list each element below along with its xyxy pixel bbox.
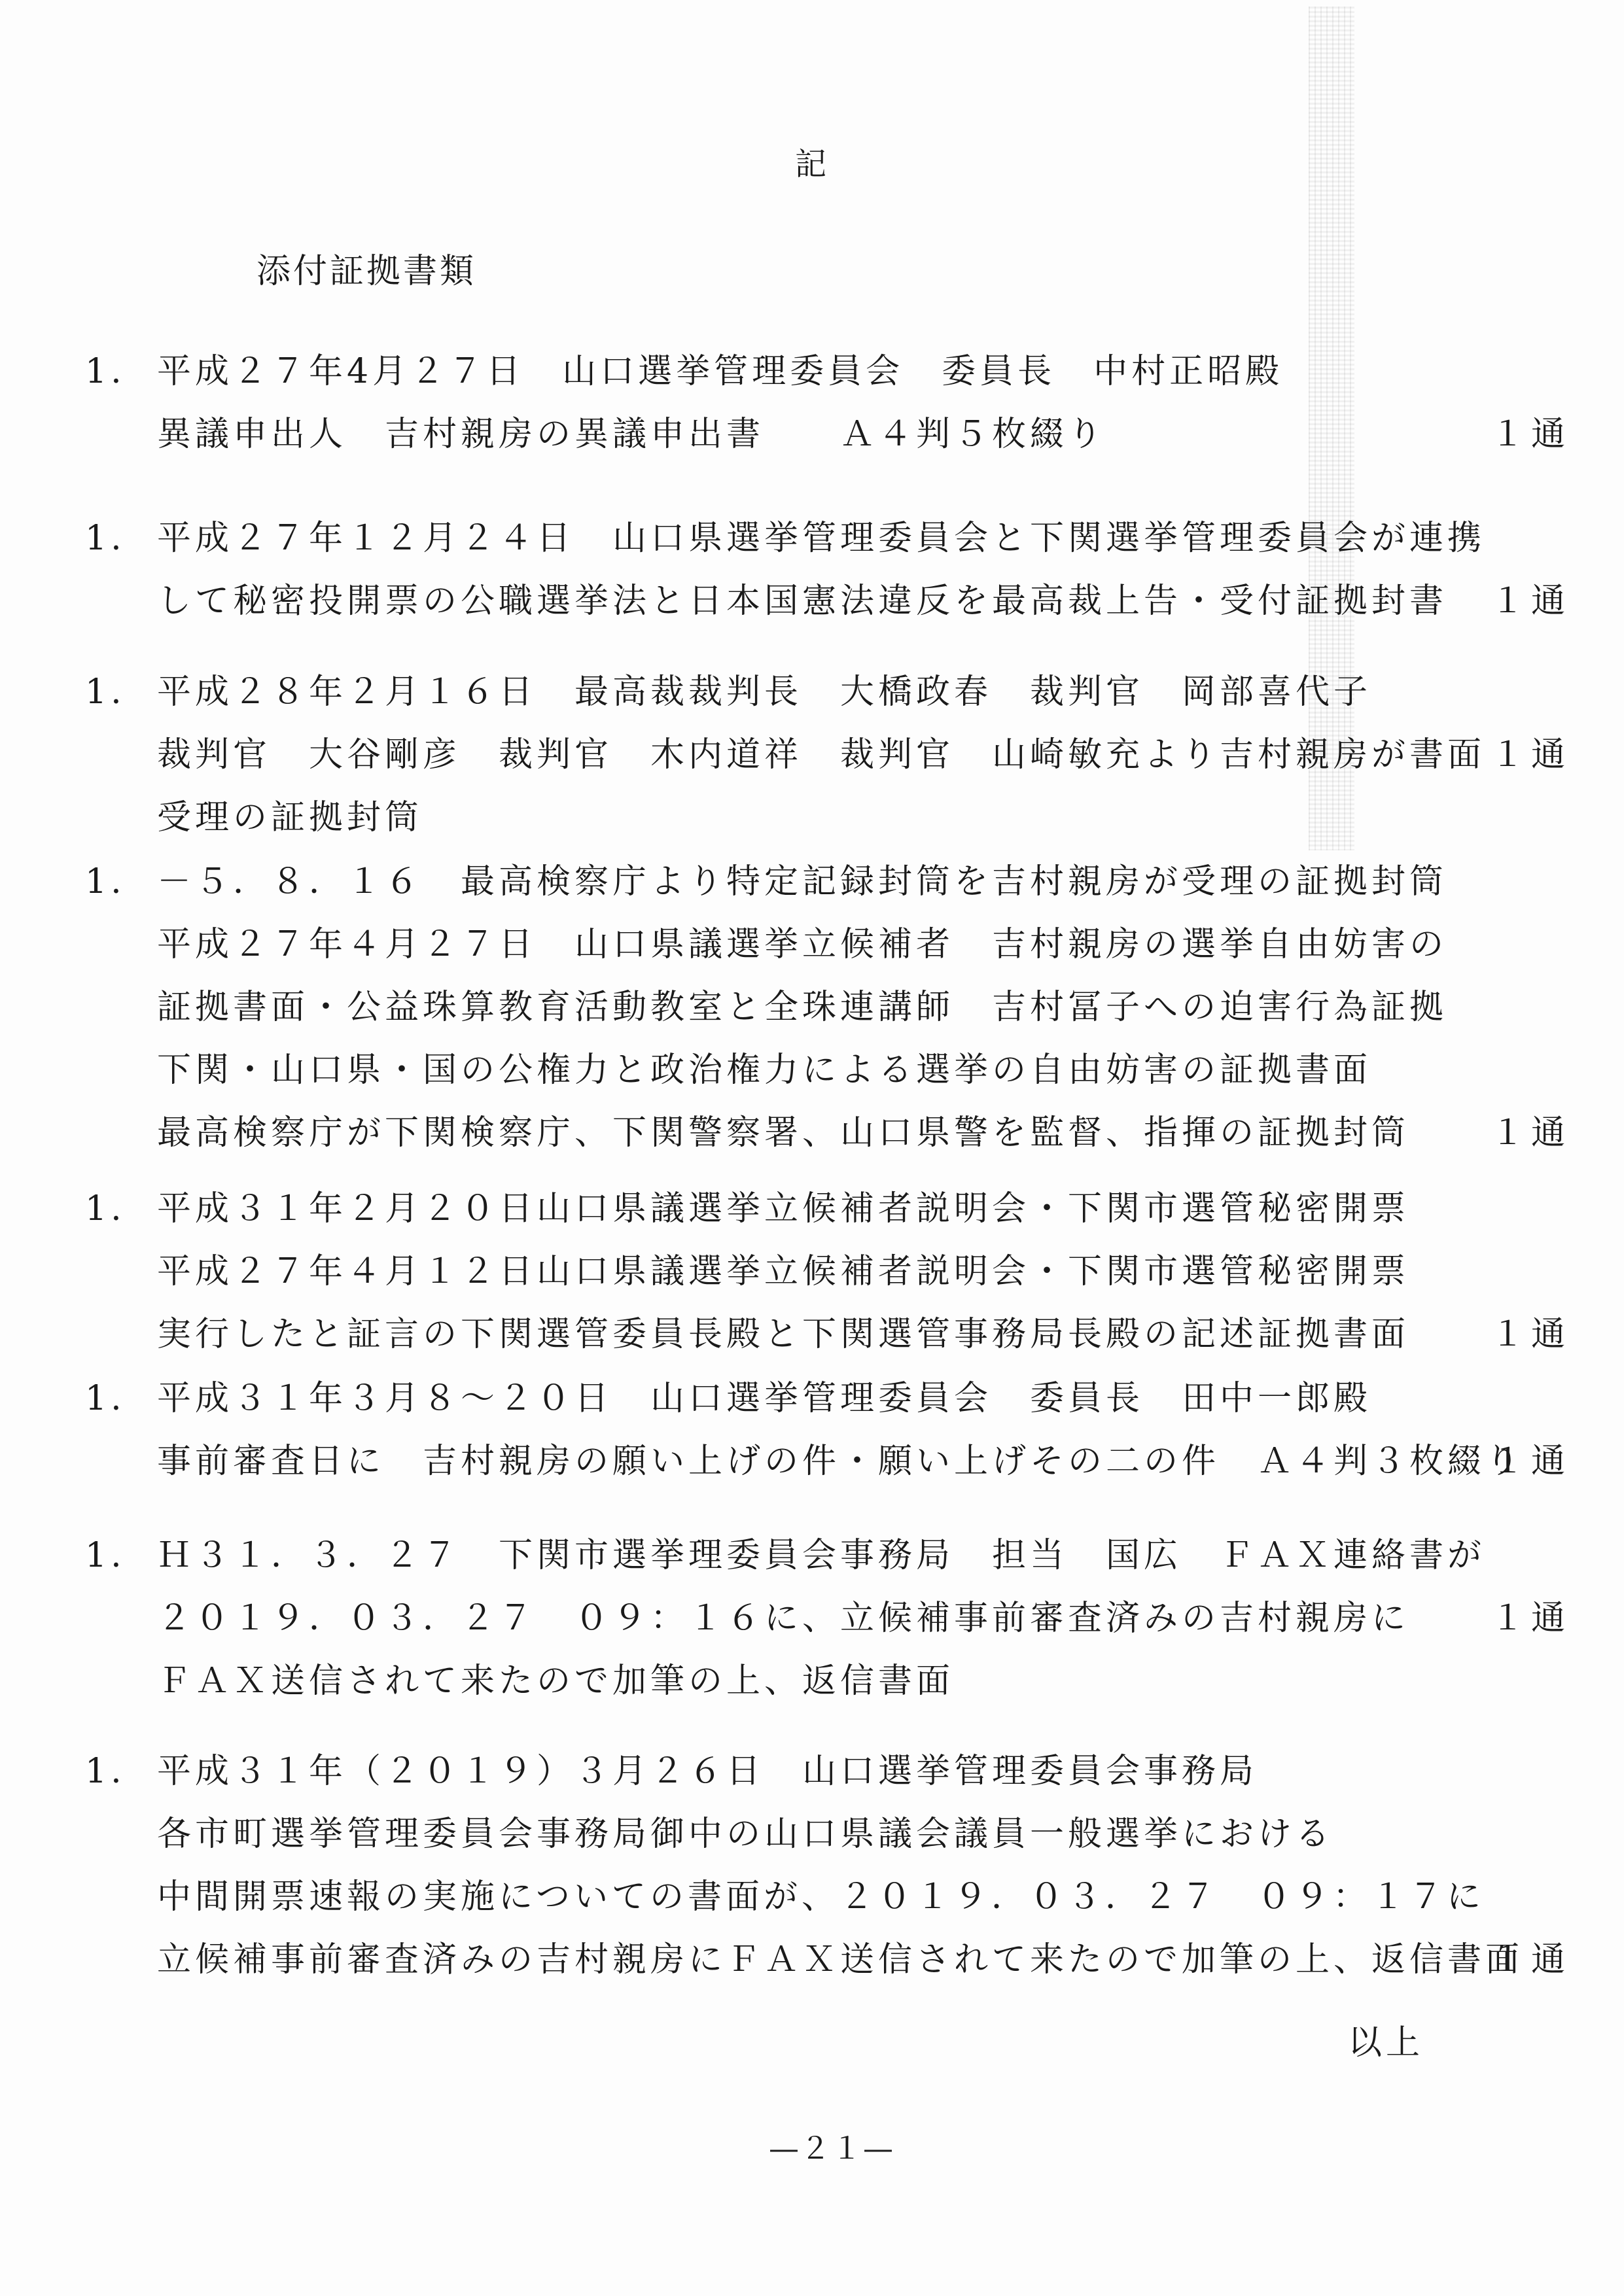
item-line: 裁判官 大谷剛彦 裁判官 木内道祥 裁判官 山崎敏充より吉村親房が書面１通 <box>85 723 1557 786</box>
attachment-item: 1.Ｈ３１．３．２７ 下関市選挙理委員会事務局 担当 国広 ＦＡＸ連絡書が２０１… <box>85 1524 1557 1713</box>
item-text: 平成２７年4月２７日 山口選挙管理委員会 委員長 中村正昭殿 <box>157 340 1283 403</box>
page-number: —２１— <box>769 2125 894 2168</box>
copy-count: １通 <box>1491 403 1572 466</box>
item-marker: 1. <box>85 1524 126 1587</box>
item-text: 平成３１年３月８～２０日 山口選挙管理委員会 委員長 田中一郎殿 <box>157 1367 1371 1430</box>
item-line: 1.平成３１年３月８～２０日 山口選挙管理委員会 委員長 田中一郎殿 <box>85 1367 1557 1430</box>
item-text: して秘密投開票の公職選挙法と日本国憲法違反を最高裁上告・受付証拠封書 <box>157 570 1447 633</box>
attachment-item: 1.平成３１年３月８～２０日 山口選挙管理委員会 委員長 田中一郎殿事前審査日に… <box>85 1367 1557 1493</box>
closing-mark: 以上 <box>1348 2015 1424 2064</box>
item-marker: 1. <box>85 340 126 403</box>
attachment-item: 1.平成２７年4月２７日 山口選挙管理委員会 委員長 中村正昭殿異議申出人 吉村… <box>85 340 1557 466</box>
item-line: 最高検察庁が下関検察庁、下関警察署、山口県警を監督、指揮の証拠封筒１通 <box>85 1102 1557 1164</box>
item-text: ２０１９．０３．２７ ０９：１６に、立候補事前審査済みの吉村親房に <box>157 1587 1409 1650</box>
item-line: 1.平成２７年4月２７日 山口選挙管理委員会 委員長 中村正昭殿 <box>85 340 1557 403</box>
item-text: ＦＡＸ送信されて来たので加筆の上、返信書面 <box>157 1650 954 1713</box>
item-line: 1.平成３１年２月２０日山口県議選挙立候補者説明会・下関市選管秘密開票 <box>85 1177 1557 1240</box>
item-marker: 1. <box>85 1367 126 1430</box>
item-line: 中間開票速報の実施についての書面が、２０１９．０３．２７ ０９：１７に <box>85 1866 1557 1928</box>
item-text: 証拠書面・公益珠算教育活動教室と全珠連講師 吉村冨子への迫害行為証拠 <box>157 976 1447 1039</box>
item-text: 裁判官 大谷剛彦 裁判官 木内道祥 裁判官 山崎敏充より吉村親房が書面 <box>157 723 1485 786</box>
section-title: 添付証拠書類 <box>256 243 476 292</box>
item-line: 証拠書面・公益珠算教育活動教室と全珠連講師 吉村冨子への迫害行為証拠 <box>85 976 1557 1039</box>
item-line: 1.平成３１年（２０１９）３月２６日 山口選挙管理委員会事務局 <box>85 1740 1557 1803</box>
item-line: 1.－５．８．１６ 最高検察庁より特定記録封筒を吉村親房が受理の証拠封筒 <box>85 850 1557 913</box>
copy-count: １通 <box>1491 1303 1572 1366</box>
item-line: 異議申出人 吉村親房の異議申出書 Ａ４判５枚綴り１通 <box>85 403 1557 466</box>
item-text: 異議申出人 吉村親房の異議申出書 Ａ４判５枚綴り <box>157 403 1106 466</box>
item-line: ２０１９．０３．２７ ０９：１６に、立候補事前審査済みの吉村親房に１通 <box>85 1587 1557 1650</box>
item-text: 事前審査日に 吉村親房の願い上げの件・願い上げその二の件 Ａ４判３枚綴り <box>157 1430 1523 1493</box>
item-text: －５．８．１６ 最高検察庁より特定記録封筒を吉村親房が受理の証拠封筒 <box>157 850 1447 913</box>
copy-count: １通 <box>1491 1430 1572 1493</box>
item-line: 平成２７年４月１２日山口県議選挙立候補者説明会・下関市選管秘密開票 <box>85 1240 1557 1303</box>
attachment-item: 1.平成３１年（２０１９）３月２６日 山口選挙管理委員会事務局各市町選挙管理委員… <box>85 1740 1557 1991</box>
item-text: 受理の証拠封筒 <box>157 786 423 849</box>
item-line: 受理の証拠封筒 <box>85 786 1557 849</box>
item-line: 実行したと証言の下関選管委員長殿と下関選管事務局長殿の記述証拠書面１通 <box>85 1303 1557 1366</box>
item-text: 実行したと証言の下関選管委員長殿と下関選管事務局長殿の記述証拠書面 <box>157 1303 1409 1366</box>
item-text: 平成２７年４月２７日 山口県議選挙立候補者 吉村親房の選挙自由妨害の <box>157 913 1447 976</box>
attachment-item: 1.平成３１年２月２０日山口県議選挙立候補者説明会・下関市選管秘密開票平成２７年… <box>85 1177 1557 1366</box>
item-line: 各市町選挙管理委員会事務局御中の山口県議会議員一般選挙における <box>85 1803 1557 1866</box>
copy-count: １通 <box>1491 723 1572 786</box>
item-line: 1.平成２７年１２月２４日 山口県選挙管理委員会と下関選挙管理委員会が連携 <box>85 507 1557 570</box>
item-text: 立候補事前審査済みの吉村親房にＦＡＸ送信されて来たので加筆の上、返信書面 <box>157 1928 1523 1991</box>
item-line: 1.平成２８年２月１６日 最高裁裁判長 大橋政春 裁判官 岡部喜代子 <box>85 661 1557 723</box>
document-heading: 記 <box>795 139 826 184</box>
item-text: 平成３１年（２０１９）３月２６日 山口選挙管理委員会事務局 <box>157 1740 1258 1803</box>
item-line: して秘密投開票の公職選挙法と日本国憲法違反を最高裁上告・受付証拠封書１通 <box>85 570 1557 633</box>
item-text: 各市町選挙管理委員会事務局御中の山口県議会議員一般選挙における <box>157 1803 1333 1866</box>
item-text: 下関・山口県・国の公権力と政治権力による選挙の自由妨害の証拠書面 <box>157 1039 1371 1102</box>
item-text: 平成２８年２月１６日 最高裁裁判長 大橋政春 裁判官 岡部喜代子 <box>157 661 1371 723</box>
item-text: 中間開票速報の実施についての書面が、２０１９．０３．２７ ０９：１７に <box>157 1866 1485 1928</box>
item-marker: 1. <box>85 661 126 723</box>
item-text: 平成３１年２月２０日山口県議選挙立候補者説明会・下関市選管秘密開票 <box>157 1177 1409 1240</box>
copy-count: １通 <box>1491 1102 1572 1164</box>
item-text: 最高検察庁が下関検察庁、下関警察署、山口県警を監督、指揮の証拠封筒 <box>157 1102 1409 1164</box>
attachment-item: 1.平成２７年１２月２４日 山口県選挙管理委員会と下関選挙管理委員会が連携して秘… <box>85 507 1557 633</box>
item-marker: 1. <box>85 850 126 913</box>
item-text: 平成２７年４月１２日山口県議選挙立候補者説明会・下関市選管秘密開票 <box>157 1240 1409 1303</box>
item-line: 立候補事前審査済みの吉村親房にＦＡＸ送信されて来たので加筆の上、返信書面１通 <box>85 1928 1557 1991</box>
item-marker: 1. <box>85 507 126 570</box>
item-text: Ｈ３１．３．２７ 下関市選挙理委員会事務局 担当 国広 ＦＡＸ連絡書が <box>157 1524 1485 1587</box>
item-line: ＦＡＸ送信されて来たので加筆の上、返信書面 <box>85 1650 1557 1713</box>
attachment-item: 1.－５．８．１６ 最高検察庁より特定記録封筒を吉村親房が受理の証拠封筒平成２７… <box>85 850 1557 1164</box>
item-marker: 1. <box>85 1740 126 1803</box>
item-line: 下関・山口県・国の公権力と政治権力による選挙の自由妨害の証拠書面 <box>85 1039 1557 1102</box>
item-text: 平成２７年１２月２４日 山口県選挙管理委員会と下関選挙管理委員会が連携 <box>157 507 1485 570</box>
copy-count: １通 <box>1491 570 1572 633</box>
item-line: 1.Ｈ３１．３．２７ 下関市選挙理委員会事務局 担当 国広 ＦＡＸ連絡書が <box>85 1524 1557 1587</box>
copy-count: １通 <box>1491 1587 1572 1650</box>
item-line: 平成２７年４月２７日 山口県議選挙立候補者 吉村親房の選挙自由妨害の <box>85 913 1557 976</box>
item-line: 事前審査日に 吉村親房の願い上げの件・願い上げその二の件 Ａ４判３枚綴り１通 <box>85 1430 1557 1493</box>
item-marker: 1. <box>85 1177 126 1240</box>
copy-count: １通 <box>1491 1928 1572 1991</box>
attachment-item: 1.平成２８年２月１６日 最高裁裁判長 大橋政春 裁判官 岡部喜代子裁判官 大谷… <box>85 661 1557 849</box>
